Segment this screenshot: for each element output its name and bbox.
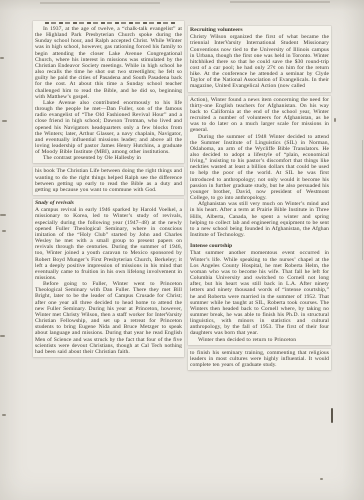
scanned-page: In 1937, at the age of twelve, a “chalk-… (0, 0, 364, 500)
paragraph: During the summer of 1948 Winter decided… (190, 134, 329, 202)
paragraph: Winter then decided to return to Princet… (190, 337, 329, 343)
section-heading: Study of revivals (35, 200, 182, 206)
left-column: In 1937, at the age of twelve, a “chalk-… (33, 21, 184, 361)
paragraph: Christy Wilson organized the first of wh… (190, 34, 329, 89)
text-strip: Recruiting volunteers Christy Wilson org… (188, 26, 331, 92)
paragraph: The contrast presented by Ole Hallesby i… (35, 155, 182, 161)
paragraph: Action), Winter found a news item concer… (190, 97, 329, 134)
scan-artifact (334, 118, 336, 122)
scan-artifact (40, 2, 160, 4)
text-strip: Study of revivals A campus revival in ea… (33, 199, 184, 357)
scan-artifact (2, 120, 7, 122)
scan-artifact (230, 1, 330, 3)
paragraph: Before going to Fuller, Winter went to P… (35, 281, 182, 355)
paragraph: Lake Avenue also contributed enormously … (35, 100, 182, 155)
scan-artifact (2, 414, 6, 416)
text-strip: his book The Christian Life between doin… (33, 167, 184, 195)
text-strip: Action), Winter found a news item concer… (188, 96, 331, 345)
right-column: Recruiting volunteers Christy Wilson org… (188, 26, 331, 374)
text-strip: In 1937, at the age of twelve, a “chalk-… (33, 21, 184, 163)
scan-artifact (320, 478, 323, 480)
paragraph: In 1937, at the age of twelve, a “chalk-… (35, 26, 182, 100)
section-heading: Recruiting volunteers (190, 27, 329, 33)
scan-artifact (0, 214, 6, 216)
paragraph: to finish his seminary training, comment… (190, 350, 329, 368)
scan-artifact (362, 140, 363, 260)
scan-artifact (0, 57, 4, 59)
scan-artifact (331, 408, 333, 423)
section-heading: Intense courtship (190, 243, 329, 249)
paragraph: his book The Christian Life between doin… (35, 168, 182, 193)
paragraph: Afghanistan was still very much on Winte… (190, 201, 329, 238)
paragraph: A campus revival in early 1946 sparked b… (35, 207, 182, 281)
scan-artifact (0, 335, 5, 337)
cut-off-text-line (45, 22, 176, 24)
paragraph: That summer another momentous event occu… (190, 250, 329, 336)
text-strip: to finish his seminary training, comment… (188, 349, 331, 370)
scan-artifact (2, 230, 6, 232)
